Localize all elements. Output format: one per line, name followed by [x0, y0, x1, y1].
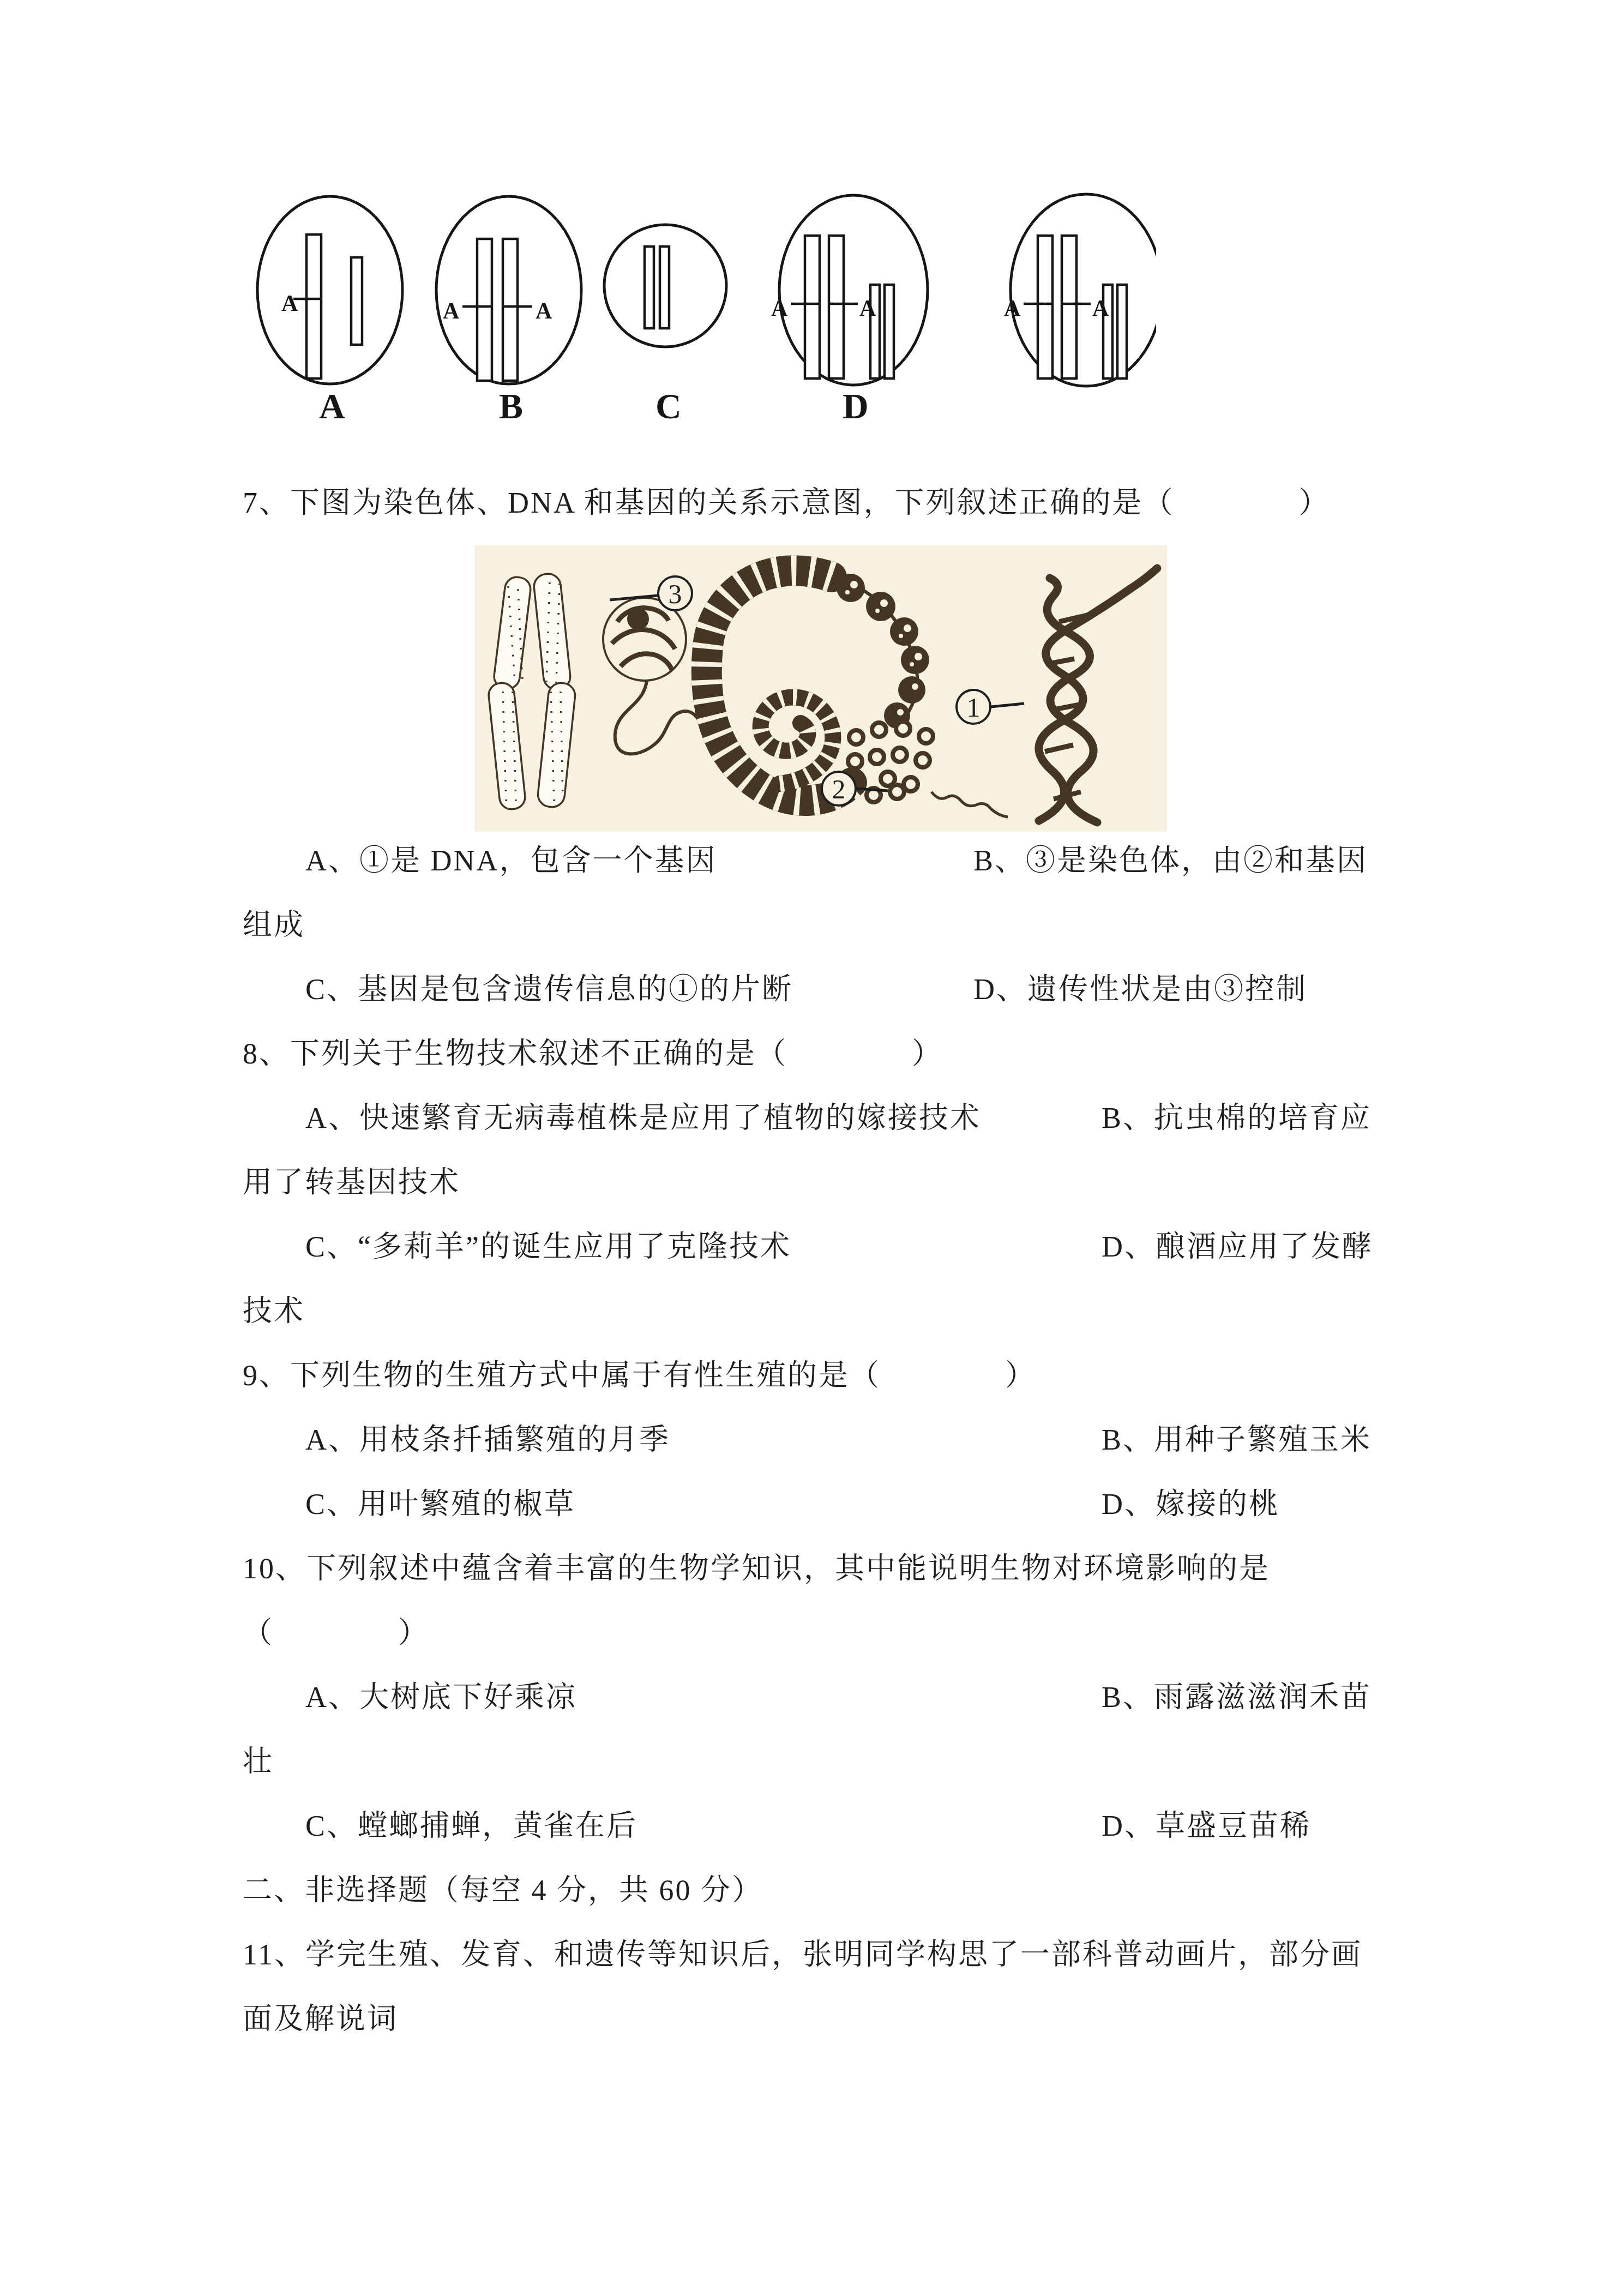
q7-option-b-continuation: 组成 — [243, 907, 305, 943]
cell-e-chromosomes — [1024, 236, 1127, 378]
chromosome-dna-gene-figure: 3 1 2 — [474, 545, 1167, 832]
question-7-options-cd: C、基因是包含遗传信息的①的片断 D、遗传性状是由③控制 — [0, 971, 1624, 1011]
q9-option-b: B、用种子繁殖玉米 — [1102, 1422, 1372, 1458]
cell-label-d: D — [843, 387, 869, 426]
cell-label-c: C — [655, 387, 682, 426]
question-8-options-ab: A、快速繁育无病毒植株是应用了植物的嫁接技术 B、抗虫棉的培育应 — [0, 1100, 1624, 1139]
q10-option-b: B、雨露滋滋润禾苗 — [1102, 1679, 1372, 1715]
gene-label-a1: A — [281, 291, 298, 316]
gene-label-e1: A — [1004, 296, 1021, 321]
question-7-options-ab: A、①是 DNA，包含一个基因 B、③是染色体，由②和基因 — [0, 843, 1624, 882]
gene-label-b1: A — [443, 299, 460, 324]
question-10-options-ab: A、大树底下好乘凉 B、雨露滋滋润禾苗 — [0, 1679, 1624, 1718]
q8-option-d: D、酿酒应用了发酵 — [1102, 1229, 1373, 1265]
q10-option-d: D、草盛豆苗稀 — [1102, 1808, 1311, 1844]
q7-option-a: A、①是 DNA，包含一个基因 — [305, 843, 717, 879]
gene-label-b2: A — [536, 299, 552, 324]
question-7-stem: 7、下图为染色体、DNA 和基因的关系示意图，下列叙述正确的是（ ） — [243, 485, 1330, 521]
q7-option-b: B、③是染色体，由②和基因 — [973, 843, 1368, 879]
question-8-stem: 8、下列关于生物技术叙述不正确的是（ ） — [243, 1036, 943, 1072]
callout-3-number: 3 — [669, 579, 682, 609]
question-9-options-ab: A、用枝条扦插繁殖的月季 B、用种子繁殖玉米 — [0, 1422, 1624, 1461]
cell-a-chromosomes — [293, 235, 362, 378]
q9-option-a: A、用枝条扦插繁殖的月季 — [305, 1422, 670, 1458]
cell-c-chromosomes — [645, 247, 669, 328]
cell-d — [779, 195, 928, 385]
question-8-options-cd: C、“多莉羊”的诞生应用了克隆技术 D、酿酒应用了发酵 — [0, 1229, 1624, 1268]
question-10-stem-continuation: （ ） — [243, 1615, 429, 1651]
exam-page: A A A A A — [0, 0, 1624, 2296]
q8-option-c: C、“多莉羊”的诞生应用了克隆技术 — [305, 1229, 791, 1265]
gene-label-d1: A — [771, 296, 788, 321]
q8-option-a: A、快速繁育无病毒植株是应用了植物的嫁接技术 — [305, 1100, 981, 1136]
q10-option-a: A、大树底下好乘凉 — [305, 1679, 577, 1715]
q8-option-b: B、抗虫棉的培育应 — [1102, 1100, 1372, 1136]
q9-option-d: D、嫁接的桃 — [1102, 1486, 1280, 1522]
cell-e — [1011, 194, 1156, 386]
callout-2-number: 2 — [832, 774, 846, 804]
callout-1-number: 1 — [967, 692, 981, 723]
q8-option-d-continuation: 技术 — [243, 1293, 305, 1329]
question-9-options-cd: C、用叶繁殖的椒草 D、嫁接的桃 — [0, 1486, 1624, 1525]
gene-label-d2: A — [859, 296, 876, 321]
q9-option-c: C、用叶繁殖的椒草 — [305, 1486, 575, 1522]
q7-option-c: C、基因是包含遗传信息的①的片断 — [305, 971, 793, 1007]
q8-option-b-continuation: 用了转基因技术 — [243, 1164, 460, 1200]
cell-b-chromosomes — [462, 239, 532, 381]
question-11-line2: 面及解说词 — [243, 2001, 398, 2037]
question-11-line1: 11、学完生殖、发育、和遗传等知识后，张明同学构思了一部科普动画片，部分画 — [243, 1937, 1362, 1973]
question-10-options-cd: C、螳螂捕蝉，黄雀在后 D、草盛豆苗稀 — [0, 1808, 1624, 1847]
cell-label-b: B — [499, 387, 523, 426]
question-9-stem: 9、下列生物的生殖方式中属于有性生殖的是（ ） — [243, 1357, 1036, 1393]
question-10-stem: 10、下列叙述中蕴含着丰富的生物学知识，其中能说明生物对环境影响的是 — [243, 1550, 1270, 1586]
q10-option-c: C、螳螂捕蝉，黄雀在后 — [305, 1808, 637, 1844]
q7-option-d: D、遗传性状是由③控制 — [973, 971, 1307, 1007]
q10-option-b-continuation: 壮 — [243, 1744, 274, 1780]
gene-label-e2: A — [1092, 296, 1109, 321]
cell-label-a: A — [319, 387, 345, 426]
cell-options-diagram: A A A A A — [229, 192, 1156, 426]
cell-a — [257, 196, 402, 384]
cell-d-chromosomes — [791, 236, 894, 378]
section-2-title: 二、非选择题（每空 4 分，共 60 分） — [243, 1872, 763, 1908]
